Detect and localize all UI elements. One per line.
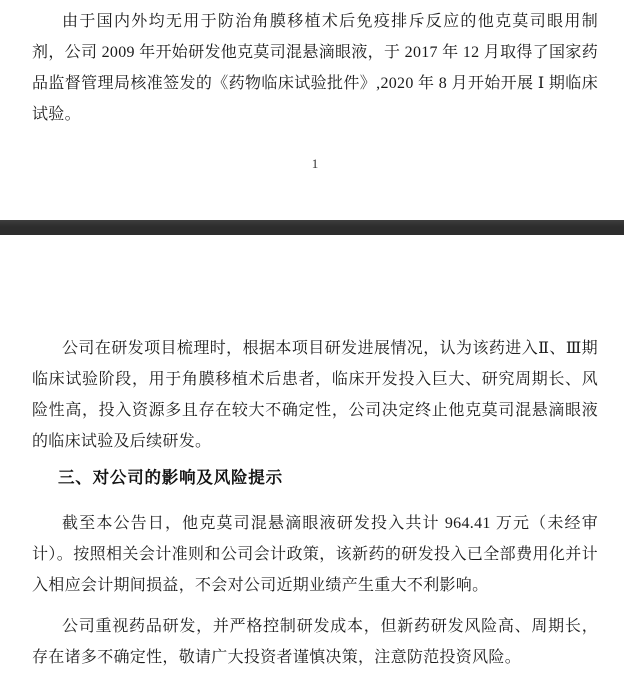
- page-break-divider: [0, 220, 624, 235]
- paragraph-risk-notice: 公司重视药品研发，并严格控制研发成本，但新药研发风险高、周期长，存在诸多不确定性…: [32, 611, 598, 673]
- paragraph-financial-impact: 截至本公告日，他克莫司混悬滴眼液研发投入共计 964.41 万元（未经审计）。按…: [32, 508, 598, 601]
- page-number: 1: [32, 156, 598, 172]
- section-heading-impact-risk: 三、对公司的影响及风险提示: [32, 463, 598, 494]
- pdf-page-1: 由于国内外均无用于防治角膜移植术后免疫排斥反应的他克莫司眼用制剂，公司 2009…: [0, 0, 624, 220]
- announcement-document: 由于国内外均无用于防治角膜移植术后免疫排斥反应的他克莫司眼用制剂，公司 2009…: [0, 0, 624, 674]
- paragraph-termination-decision: 公司在研发项目梳理时，根据本项目研发进展情况，认为该药进入Ⅱ、Ⅲ期临床试验阶段，…: [32, 333, 598, 457]
- paragraph-rd-history: 由于国内外均无用于防治角膜移植术后免疫排斥反应的他克莫司眼用制剂，公司 2009…: [32, 6, 598, 130]
- pdf-page-2: 公司在研发项目梳理时，根据本项目研发进展情况，认为该药进入Ⅱ、Ⅲ期临床试验阶段，…: [0, 235, 624, 673]
